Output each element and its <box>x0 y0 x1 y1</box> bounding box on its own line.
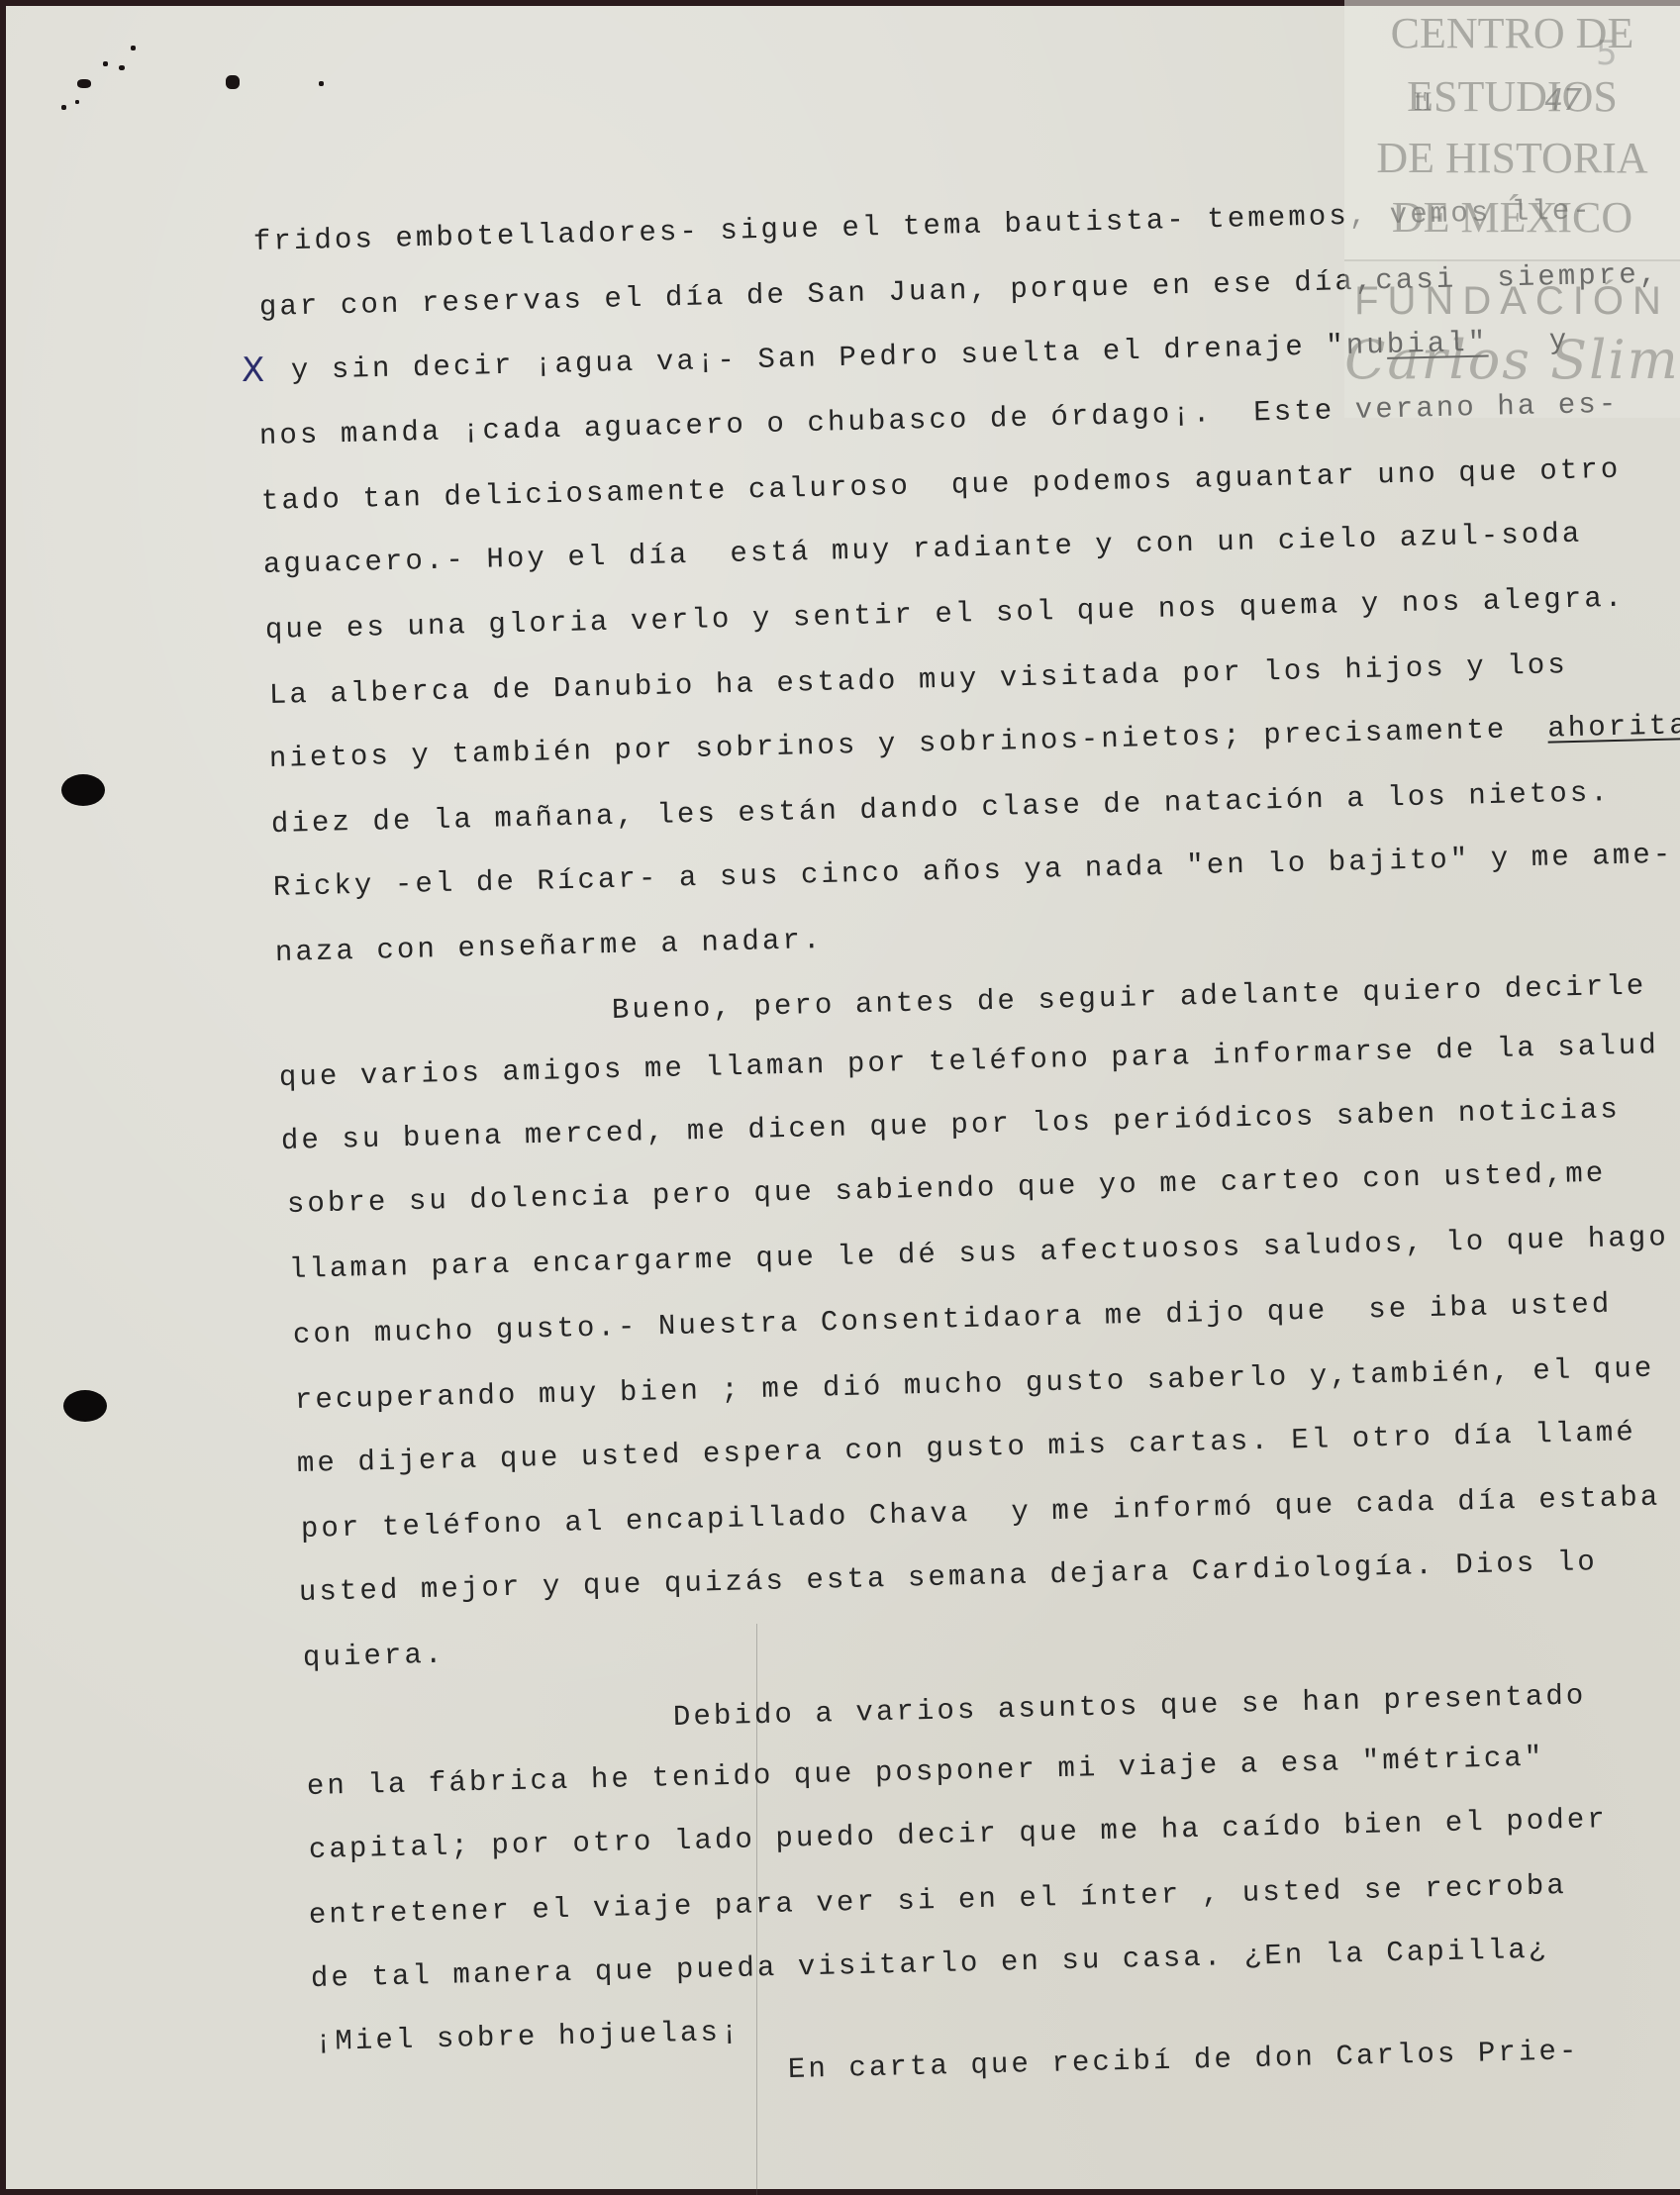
hole-punch-bottom <box>63 1390 107 1422</box>
watermark-line: DE MÉXICO <box>1344 196 1680 240</box>
margin-x-mark: X <box>242 350 264 390</box>
stain-mark <box>61 105 66 110</box>
hole-punch-top <box>61 774 105 806</box>
typed-line: quiera. <box>303 1639 445 1674</box>
watermark-line: FUNDACIÓN <box>1344 279 1680 323</box>
stain-mark <box>119 65 125 70</box>
stain-mark <box>75 100 79 104</box>
watermark-line: ESTUDIOS <box>1344 75 1680 119</box>
underlined-text: ahorita <box>1547 709 1680 745</box>
archive-watermark-lower: FUNDACIÓN Carlos Slim <box>1344 259 1680 418</box>
stain-mark <box>226 75 240 89</box>
stain-mark <box>319 81 324 86</box>
watermark-line: DE HISTORIA <box>1344 137 1680 180</box>
watermark-signature: Carlos Slim <box>1344 339 1680 382</box>
stain-mark <box>77 79 91 88</box>
stain-mark <box>131 46 136 50</box>
stain-mark <box>103 61 108 66</box>
watermark-line: CENTRO DE <box>1344 12 1680 55</box>
archive-watermark: CENTRO DE ESTUDIOS DE HISTORIA DE MÉXICO <box>1344 0 1680 261</box>
